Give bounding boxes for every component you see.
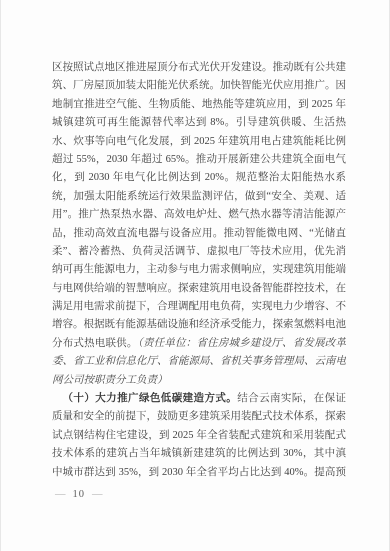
text-segment-kai: 委、省工业和信息化厅、省能源局、省机关事务管理局、云南电 [52,356,346,367]
text-line: 区按照试点地区推进屋顶分布式光伏开发建设。推动既有公共建 [52,59,346,77]
text-segment-normal: 中城市群达到 35%，到 2030 年全省平均占比达到 40%。提高预 [52,467,346,478]
text-line: 技术体系的建筑占当年城镇新建建筑的比例达到 30%，其中滇 [52,445,346,463]
text-line: 品，推动高效直流电器与设备应用。推动智能微电网、“光储直 [52,225,346,243]
text-line: 纳可再生能源电力，主动参与电力需求侧响应，实现建筑用能端 [52,261,346,279]
text-segment-bold: （十）大力推广绿色低碳建造方式。 [63,393,238,404]
text-segment-normal: 柔”、蓄冷蓄热、负荷灵活调节、虚拟电厂等技术应用，优先消 [52,246,346,257]
text-line: 用”。推广热泵热水器、高效电炉灶、燃气热水器等清洁能源产 [52,206,346,224]
text-line: 城镇建筑可再生能源替代率达到 8%。引导建筑供暖、生活热 [52,114,346,132]
footer-dash-left: — [55,489,66,501]
text-segment-normal: 城镇建筑可再生能源替代率达到 8%。引导建筑供暖、生活热 [52,117,346,128]
text-line: 增容。根据既有能源基础设施和经济承受能力，探索氢燃料电池 [52,316,346,334]
text-line: 统，加强太阳能系统运行效果监测评估，做到“安全、美观、适 [52,188,346,206]
text-line: 化，到 2030 年电气化比例达到 20%。规范整治太阳能热水系 [52,169,346,187]
text-segment-normal: 筑、厂房屋顶加装太阳能光伏系统。加快智能光伏应用推广。因 [52,80,346,91]
text-segment-normal: 超过 55%，2030 年超过 65%。推动开展新建公共建筑全面电气 [52,154,346,165]
text-line: 网公司按职责分工负责） [52,372,346,390]
text-segment-normal: 水、炊事等向电气化发展，到 2025 年建筑用电占建筑能耗比例 [52,136,346,147]
text-line: 水、炊事等向电气化发展，到 2025 年建筑用电占建筑能耗比例 [52,133,346,151]
text-line: 地制宜推进空气能、生物质能、地热能等建筑应用，到 2025 年 [52,96,346,114]
text-segment-normal: 质量和安全的前提下，鼓励更多建筑采用装配式技术体系，探索 [52,411,346,422]
text-segment-normal: 区按照试点地区推进屋顶分布式光伏开发建设。推动既有公共建 [52,62,346,73]
text-line: 柔”、蓄冷蓄热、负荷灵活调节、虚拟电厂等技术应用，优先消 [52,243,346,261]
text-segment-normal: 结合云南实际，在保证 [237,393,346,404]
text-line: 委、省工业和信息化厅、省能源局、省机关事务管理局、云南电 [52,353,346,371]
document-page: 区按照试点地区推进屋顶分布式光伏开发建设。推动既有公共建筑、厂房屋顶加装太阳能光… [0,0,390,551]
text-line: 试点钢结构住宅建设，到 2025 年全省装配式建筑和采用装配式 [52,427,346,445]
text-line: 筑、厂房屋顶加装太阳能光伏系统。加快智能光伏应用推广。因 [52,77,346,95]
text-line: 分布式热电联供。（责任单位：省住房城乡建设厅、省发展改革 [52,335,346,353]
text-segment-kai: 网公司按职责分工负责） [52,375,168,386]
text-line: （十）大力推广绿色低碳建造方式。结合云南实际，在保证 [52,390,346,408]
text-line: 中城市群达到 35%，到 2030 年全省平均占比达到 40%。提高预 [52,464,346,482]
text-segment-normal: 用”。推广热泵热水器、高效电炉灶、燃气热水器等清洁能源产 [52,209,346,220]
text-line: 与电网供给端的智慧响应。探索建筑用电设备智能群控技术，在 [52,280,346,298]
footer-dash-right: — [92,489,103,501]
text-segment-normal: 品，推动高效直流电器与设备应用。推动智能微电网、“光储直 [52,228,346,239]
text-segment-normal: 分布式热电联供。 [52,338,138,349]
text-segment-normal: 化，到 2030 年电气化比例达到 20%。规范整治太阳能热水系 [52,172,346,183]
text-line: 满足用电需求前提下，合理调配用电负荷，实现电力少增容、不 [52,298,346,316]
text-line: 质量和安全的前提下，鼓励更多建筑采用装配式技术体系，探索 [52,408,346,426]
text-segment-normal: 增容。根据既有能源基础设施和经济承受能力，探索氢燃料电池 [52,319,346,330]
text-line: 超过 55%，2030 年超过 65%。推动开展新建公共建筑全面电气 [52,151,346,169]
text-segment-normal: 地制宜推进空气能、生物质能、地热能等建筑应用，到 2025 年 [52,99,346,110]
document-body: 区按照试点地区推进屋顶分布式光伏开发建设。推动既有公共建筑、厂房屋顶加装太阳能光… [52,59,346,482]
text-segment-normal: 纳可再生能源电力，主动参与电力需求侧响应，实现建筑用能端 [52,264,346,275]
text-segment-normal: 与电网供给端的智慧响应。探索建筑用电设备智能群控技术，在 [52,283,346,294]
page-footer: — 10 — [55,489,103,501]
text-segment-normal: 技术体系的建筑占当年城镇新建建筑的比例达到 30%，其中滇 [52,448,346,459]
text-segment-normal: 试点钢结构住宅建设，到 2025 年全省装配式建筑和采用装配式 [52,430,346,441]
text-segment-normal: 统，加强太阳能系统运行效果监测评估，做到“安全、美观、适 [52,191,346,202]
text-segment-kai: （责任单位：省住房城乡建设厅、省发展改革 [138,338,346,349]
text-segment-normal: 满足用电需求前提下，合理调配用电负荷，实现电力少增容、不 [52,301,346,312]
page-number: 10 [73,489,86,501]
